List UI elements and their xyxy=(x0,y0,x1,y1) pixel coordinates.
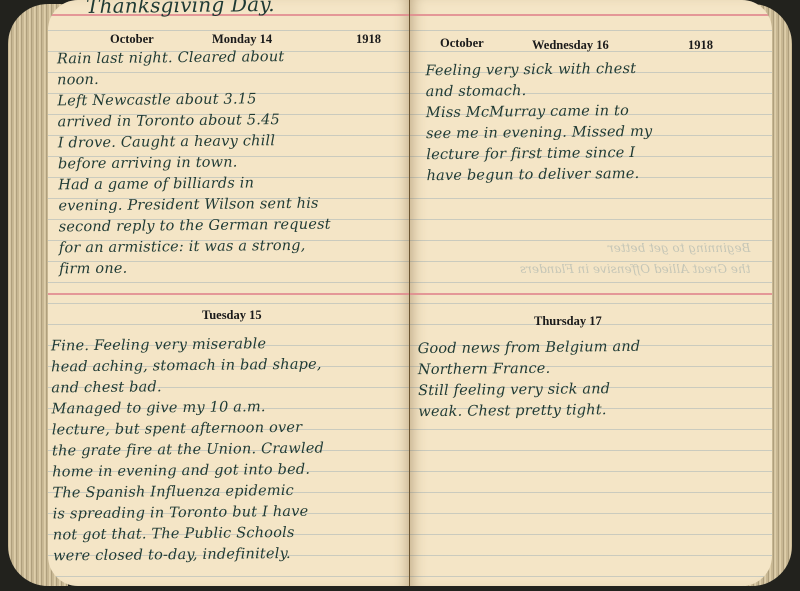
day-label-monday: Monday 14 xyxy=(212,32,272,47)
red-rule-middle xyxy=(48,293,410,295)
year-label: 1918 xyxy=(688,38,713,53)
entry-wednesday-16: Feeling very sick with chest and stomach… xyxy=(425,59,653,187)
diary-page-left: Thanksgiving Day. October Monday 14 1918… xyxy=(48,0,410,586)
diary-page-right: October Wednesday 16 1918 Feeling very s… xyxy=(410,0,772,586)
day-label-wednesday: Wednesday 16 xyxy=(532,38,609,53)
month-label: October xyxy=(110,32,154,47)
red-rule-top xyxy=(410,14,772,16)
day-label-tuesday: Tuesday 15 xyxy=(202,308,262,323)
month-label: October xyxy=(440,36,484,51)
day-label-thursday: Thursday 17 xyxy=(534,314,602,329)
bleed-through-text: Beginning to get better the Great Allied… xyxy=(520,238,750,280)
handwritten-note-thanksgiving: Thanksgiving Day. xyxy=(86,0,275,19)
entry-tuesday-15: Fine. Feeling very miserable head aching… xyxy=(51,334,325,568)
entry-monday-14: Rain last night. Cleared about noon. Lef… xyxy=(57,47,331,281)
red-rule-middle xyxy=(410,293,772,295)
year-label: 1918 xyxy=(356,32,381,47)
entry-thursday-17: Good news from Belgium and Northern Fran… xyxy=(418,337,642,423)
